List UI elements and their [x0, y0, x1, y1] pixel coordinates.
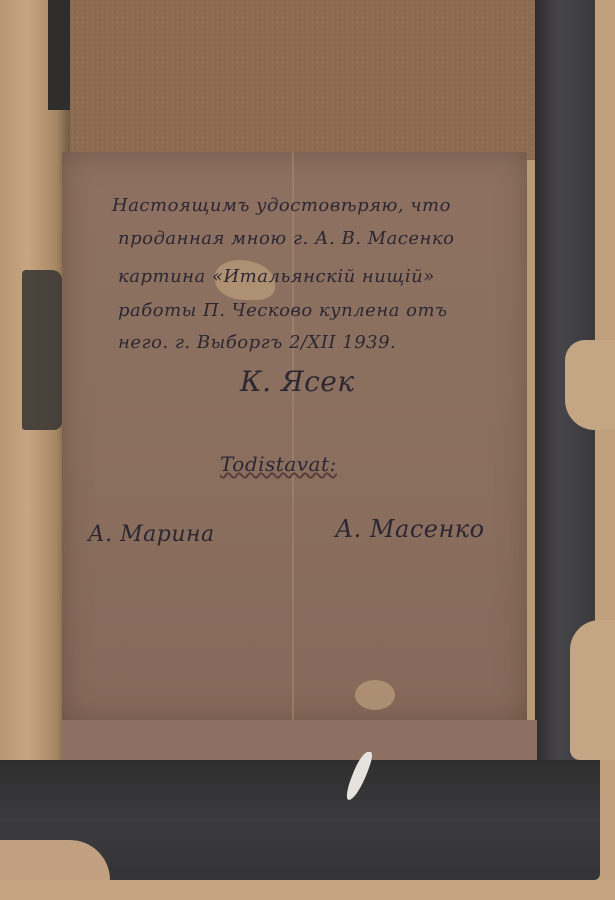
witness-signature-2: А. Масенко: [335, 515, 485, 543]
certificate-line-5: него. г. Выборгъ 2/XII 1939.: [118, 332, 396, 353]
paper-tear: [355, 680, 395, 710]
certificate-line-2: проданная мною г. А. В. Масенко: [118, 228, 455, 249]
certificate-line-4: работы П. Ческово куплена отъ: [118, 300, 448, 321]
frame-tape-left-patch: [22, 270, 62, 430]
seller-signature: К. Ясек: [240, 365, 355, 398]
frame-peel-right-upper: [565, 340, 615, 430]
certificate-line-1: Настоящимъ удостовѣряю, что: [112, 195, 451, 216]
backing-board: [70, 0, 535, 160]
witnesses-heading: Todistavat:: [220, 452, 337, 476]
label-lower-strip: [62, 720, 537, 762]
frame-bottom-edge: [0, 880, 615, 900]
witness-signature-1: А. Марина: [88, 522, 215, 547]
certificate-line-3: картина «Итальянскій нищій»: [118, 266, 435, 287]
frame-tape-left-top: [48, 0, 70, 110]
frame-peel-right-lower: [570, 620, 615, 760]
